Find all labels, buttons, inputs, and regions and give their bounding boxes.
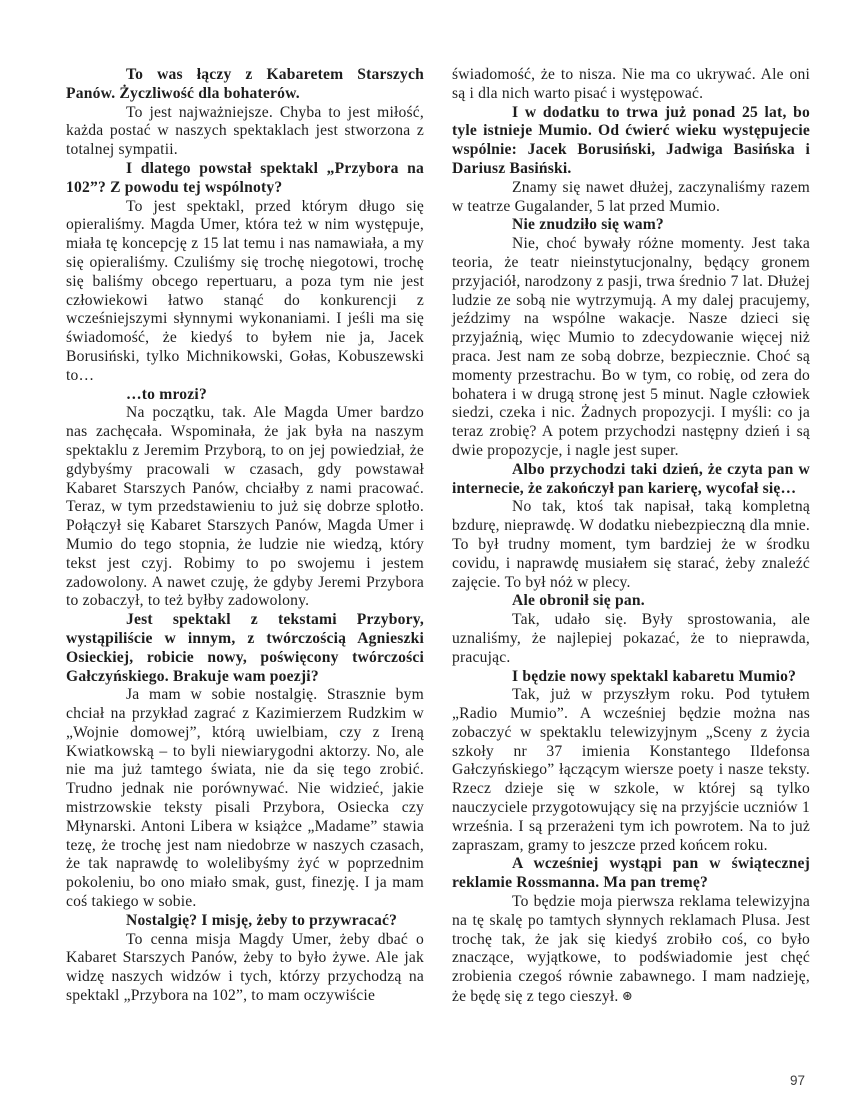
column-left: To was łączy z Kabaretem Starszych Panów… [66, 66, 424, 1007]
answer-paragraph: To jest najważniejsze. Chyba to jest mił… [66, 104, 424, 160]
question-paragraph: I w dodatku to trwa już ponad 25 lat, bo… [452, 104, 810, 179]
answer-paragraph: świadomość, że to nisza. Nie ma co ukryw… [452, 66, 810, 104]
answer-paragraph: To jest spektakl, przed którym długo się… [66, 198, 424, 386]
article-columns: To was łączy z Kabaretem Starszych Panów… [66, 66, 810, 1007]
question-paragraph: I dlatego powstał spektakl „Przybora na … [66, 160, 424, 198]
question-paragraph: To was łączy z Kabaretem Starszych Panów… [66, 66, 424, 104]
answer-paragraph: To będzie moja pierwsza reklama telewizy… [452, 893, 810, 1007]
page-footer: 97 [790, 1073, 805, 1088]
question-paragraph: Nie znudziło się wam? [452, 216, 810, 235]
question-paragraph: A wcześniej wystąpi pan w świątecznej re… [452, 855, 810, 893]
answer-paragraph: Na początku, tak. Ale Magda Umer bardzo … [66, 404, 424, 611]
answer-paragraph: Nie, choć bywały różne momenty. Jest tak… [452, 235, 810, 461]
answer-paragraph: Tak, już w przyszłym roku. Pod tytułem „… [452, 686, 810, 855]
end-of-article-icon: ⊛ [618, 988, 633, 1003]
question-paragraph: Nostalgię? I misję, żeby to przywracać? [66, 912, 424, 931]
page-number: 97 [790, 1073, 805, 1088]
answer-paragraph: Tak, udało się. Były sprostowania, ale u… [452, 611, 810, 667]
question-paragraph: I będzie nowy spektakl kabaretu Mumio? [452, 668, 810, 687]
answer-paragraph: Znamy się nawet dłużej, zaczynaliśmy raz… [452, 179, 810, 217]
magazine-page: To was łączy z Kabaretem Starszych Panów… [0, 0, 851, 1114]
question-paragraph: Albo przychodzi taki dzień, że czyta pan… [452, 461, 810, 499]
answer-paragraph: Ja mam w sobie nostalgię. Strasznie bym … [66, 686, 424, 912]
question-paragraph: …to mrozi? [66, 386, 424, 405]
answer-paragraph: To cenna misja Magdy Umer, żeby dbać o K… [66, 931, 424, 1006]
question-paragraph: Jest spektakl z tekstami Przybory, wystą… [66, 611, 424, 686]
answer-paragraph: No tak, ktoś tak napisał, taką kompletną… [452, 498, 810, 592]
question-paragraph: Ale obronił się pan. [452, 592, 810, 611]
column-right: świadomość, że to nisza. Nie ma co ukryw… [452, 66, 810, 1007]
